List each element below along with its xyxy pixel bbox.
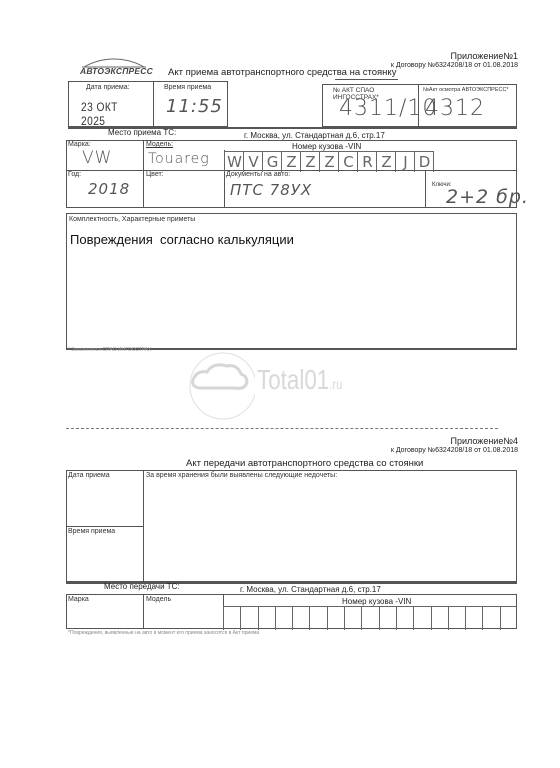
- footnote-1: * Заполняется СПАО ИНГОССТРАХ: [68, 347, 151, 353]
- vin-char-cell: Z: [281, 152, 301, 172]
- vin-empty-cell: [465, 607, 483, 630]
- features-box: Комплектность, Характерные приметы Повре…: [66, 213, 517, 350]
- vin-char-cell: G: [262, 152, 282, 172]
- vin-char-cell: C: [338, 152, 358, 172]
- act-1-title: Акт приема автотранспортного средства на…: [168, 67, 396, 78]
- appendix-4-label: Приложение№4: [451, 436, 518, 446]
- ingos-act-box: № АКТ СПАО ИНГОССТРАХ* 4311/10: [322, 84, 419, 127]
- time-value: 11:55: [166, 96, 223, 117]
- features-value: Повреждения согласно калькуляции: [70, 232, 294, 247]
- time-box: Время приема 11:55: [154, 81, 228, 127]
- vin-empty-cell: [275, 607, 293, 630]
- vin-char-cell: R: [357, 152, 377, 172]
- vin-empty-cell: [344, 607, 362, 630]
- vin-cells: WVGZZZCRZJD: [224, 151, 434, 172]
- footnote-2: *Повреждения, выявленные на авто в момен…: [68, 630, 259, 636]
- vin-empty-cell: [361, 607, 379, 630]
- make-value: VW: [82, 148, 112, 168]
- vin-char-cell: V: [243, 152, 263, 172]
- contract-1-label: к Договору №6324208/18 от 01.08.2018: [391, 62, 518, 69]
- vin-empty-cell: [500, 607, 518, 630]
- vin-char-cell: J: [395, 152, 415, 172]
- vin-char-cell: D: [414, 152, 434, 172]
- vin-empty-cell: [482, 607, 500, 630]
- vin-empty-cell: [223, 607, 241, 630]
- avtoexpress-logo: АВТОЭКСПРЕСС: [80, 56, 148, 78]
- vin-empty-cell: [413, 607, 431, 630]
- total01-watermark: Total01.ru: [185, 350, 385, 420]
- model-value: Touareg: [148, 151, 210, 167]
- cut-line: [66, 428, 498, 429]
- keys-value: 2+2 бр.: [446, 186, 529, 208]
- vin-char-cell: Z: [319, 152, 339, 172]
- year-value: 2018: [88, 180, 130, 198]
- vin-char-cell: Z: [376, 152, 396, 172]
- vin-empty-cell: [292, 607, 310, 630]
- vin-empty-cell: [327, 607, 345, 630]
- vin-empty-cell: [448, 607, 466, 630]
- vin-empty-cell: [258, 607, 276, 630]
- place-value: г. Москва, ул. Стандартная д.6, стр.17: [244, 131, 385, 140]
- docs-value: ПТС 78УХ: [230, 181, 312, 199]
- date-stamp: 23 ОКТ 2025: [81, 100, 142, 128]
- vin-char-cell: W: [224, 152, 244, 172]
- car-logo-icon: [185, 350, 255, 420]
- vin-empty-cell: [240, 607, 258, 630]
- vin-empty-cell: [379, 607, 397, 630]
- vin-empty-cell: [396, 607, 414, 630]
- vin-empty-cells: [223, 606, 517, 630]
- contract-4-label: к Договору №6324208/18 от 01.08.2018: [391, 447, 518, 454]
- vin-char-cell: Z: [300, 152, 320, 172]
- vin-empty-cell: [309, 607, 327, 630]
- vin-empty-cell: [431, 607, 449, 630]
- act-2-title: Акт передачи автотранспортного средства …: [186, 458, 423, 469]
- place-label: Место приема ТС:: [108, 128, 176, 137]
- date-box: Дата приема: 23 ОКТ 2025: [68, 81, 154, 127]
- inspection-act-box: №Акт осмотра АВТОЭКСПРЕСС* 4312: [419, 84, 517, 127]
- appendix-1-label: Приложение№1: [451, 51, 518, 61]
- inspection-act-value: 4312: [425, 96, 485, 121]
